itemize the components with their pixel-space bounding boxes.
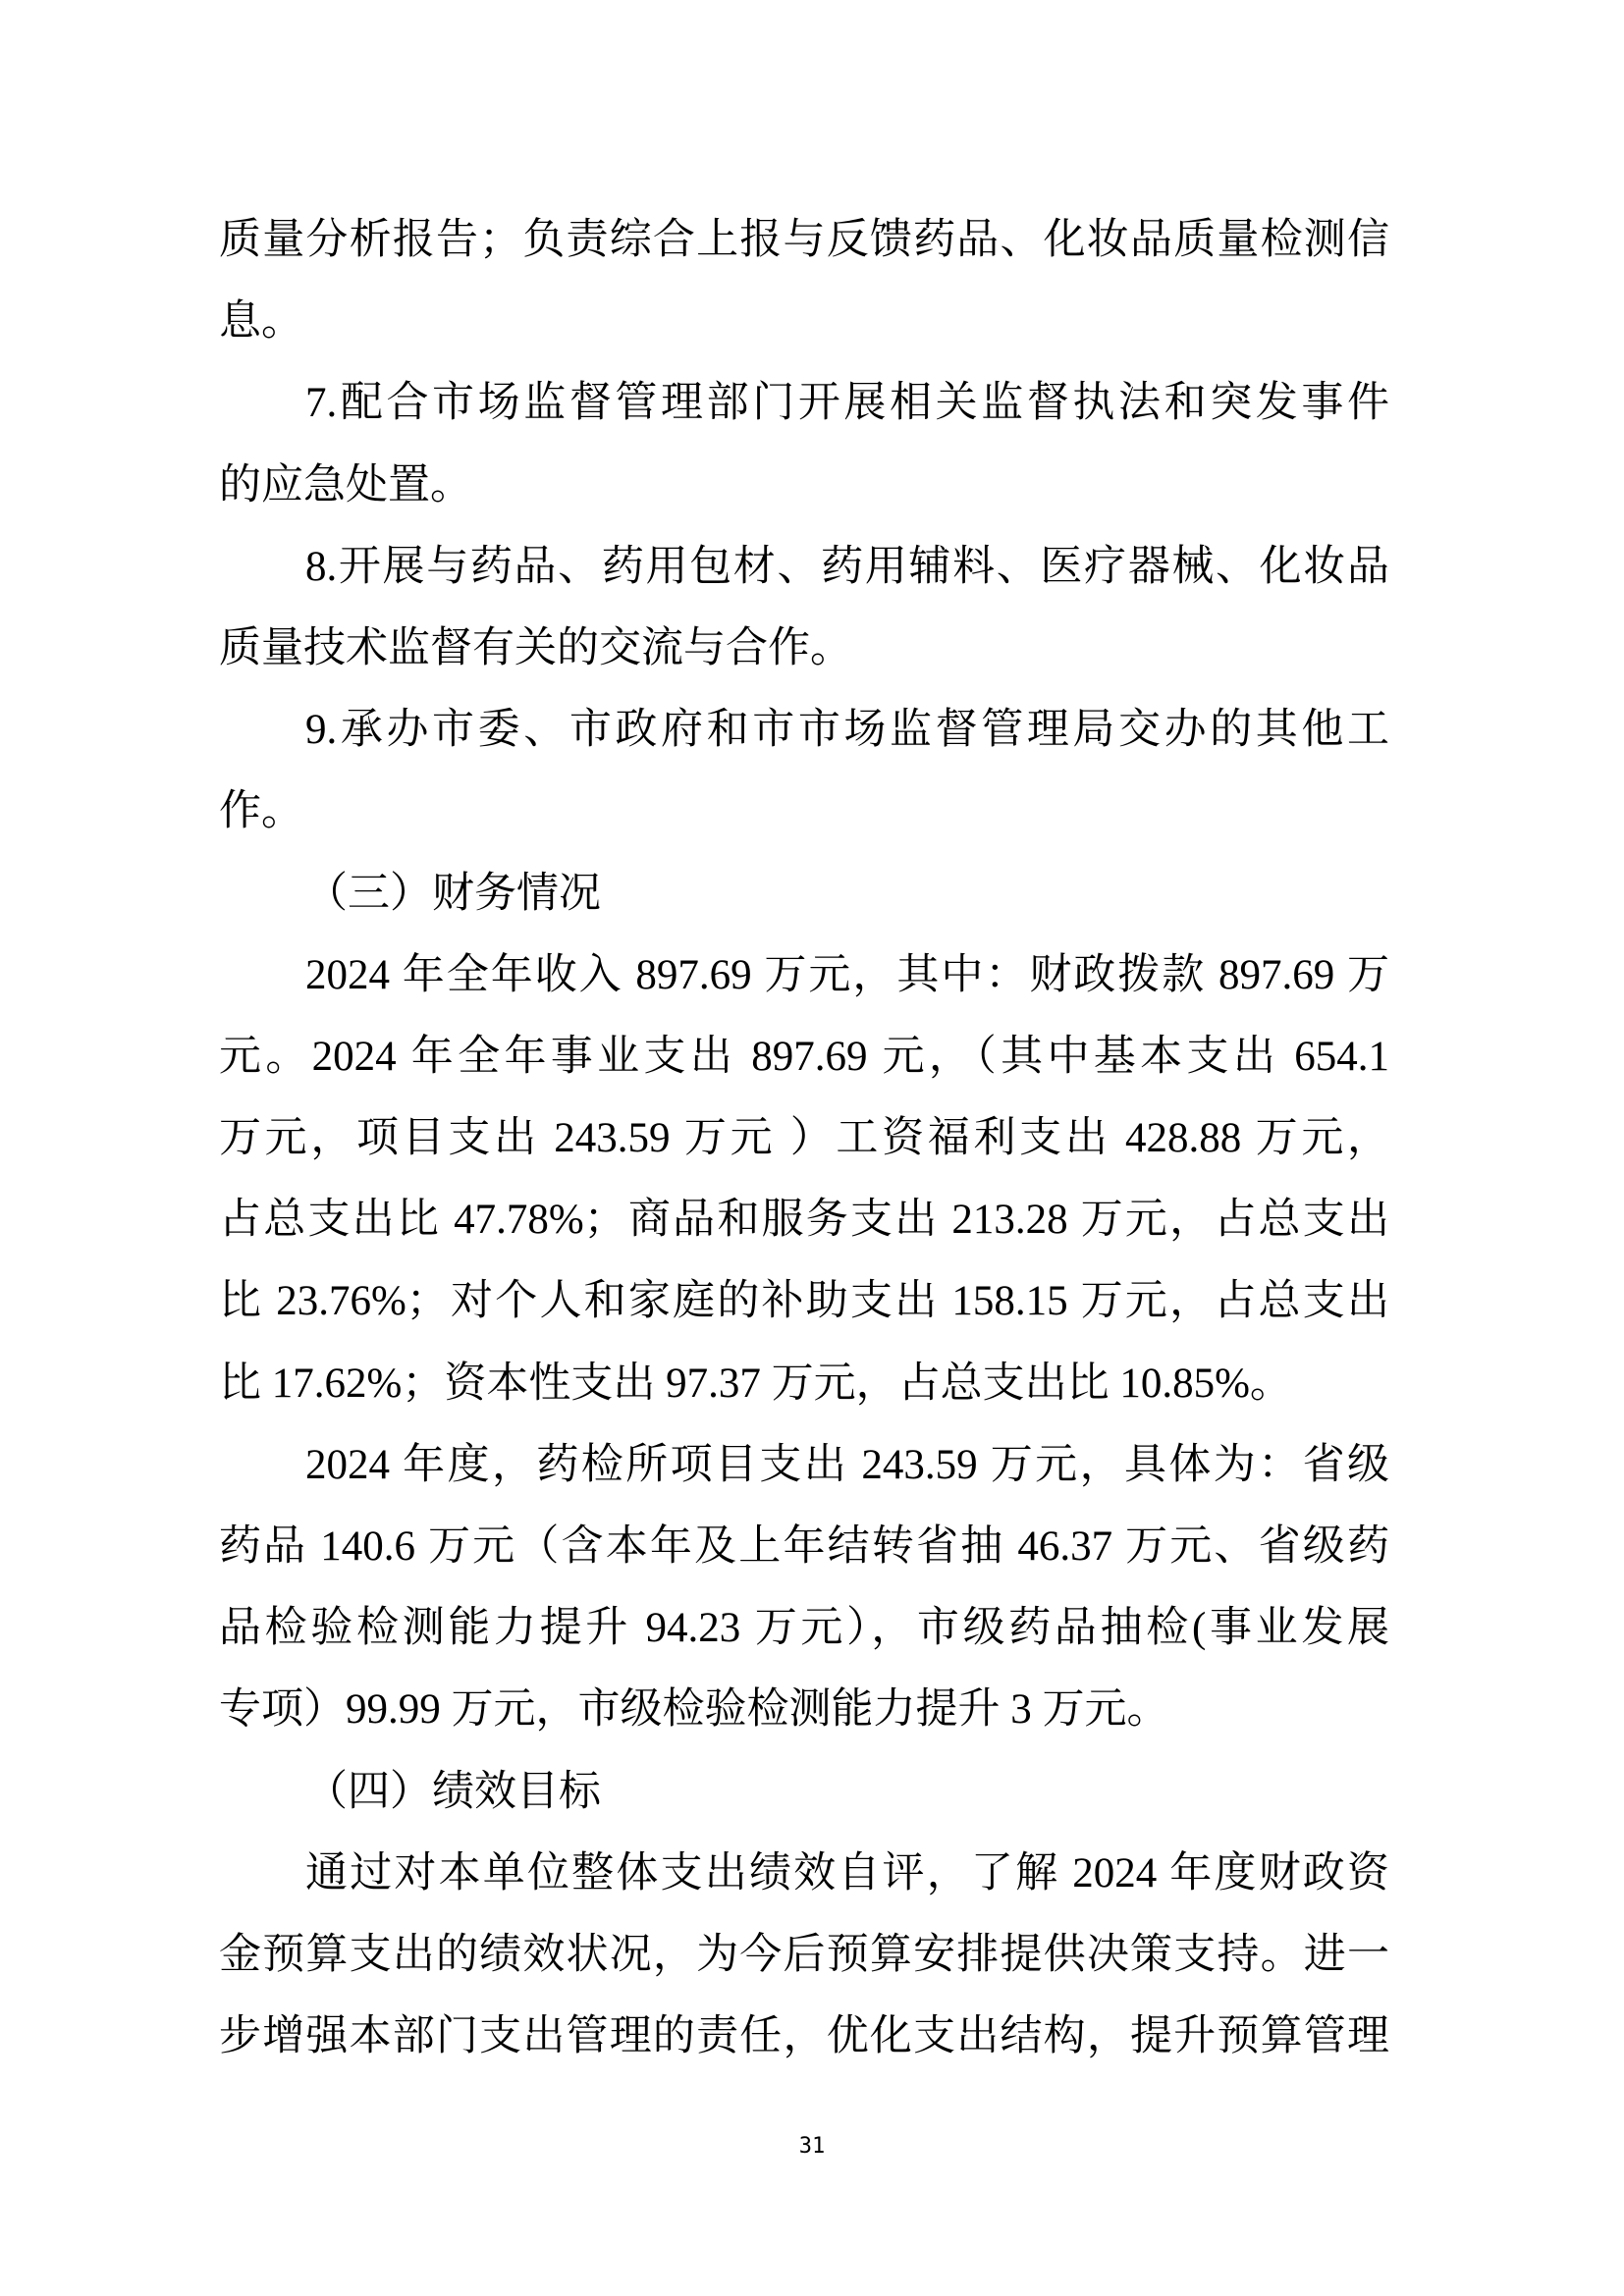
section-heading: （三）财务情况: [219, 853, 1389, 934]
text-line: 的应急处置。: [219, 445, 1389, 526]
document-body: 质量分析报告；负责综合上报与反馈药品、化妆品质量检测信息。7.配合市场监督管理部…: [219, 199, 1389, 2077]
text-line: 占总支出比 47.78%；商品和服务支出 213.28 万元，占总支出: [219, 1179, 1389, 1260]
text-line: 2024 年全年收入 897.69 万元，其中：财政拨款 897.69 万: [219, 934, 1389, 1016]
text-line: 8.开展与药品、药用包材、药用辅料、医疗器械、化妆品: [219, 526, 1389, 608]
document-page: 质量分析报告；负责综合上报与反馈药品、化妆品质量检测信息。7.配合市场监督管理部…: [0, 0, 1624, 2296]
text-line: 息。: [219, 281, 1389, 362]
text-line: 万元，项目支出 243.59 万元 ）工资福利支出 428.88 万元，: [219, 1097, 1389, 1179]
text-line: 比 23.76%；对个人和家庭的补助支出 158.15 万元，占总支出: [219, 1260, 1389, 1342]
page-number: 31: [0, 2134, 1624, 2160]
text-line: 比 17.62%；资本性支出 97.37 万元，占总支出比 10.85%。: [219, 1343, 1389, 1424]
section-heading: （四）绩效目标: [219, 1751, 1389, 1833]
text-line: 2024 年度，药检所项目支出 243.59 万元，具体为：省级: [219, 1424, 1389, 1506]
text-line: 元。2024 年全年事业支出 897.69 元，（其中基本支出 654.1: [219, 1016, 1389, 1097]
text-line: 专项）99.99 万元，市级检验检测能力提升 3 万元。: [219, 1669, 1389, 1750]
text-line: 品检验检测能力提升 94.23 万元），市级药品抽检(事业发展: [219, 1587, 1389, 1669]
text-line: 质量技术监督有关的交流与合作。: [219, 608, 1389, 689]
text-line: 9.承办市委、市政府和市市场监督管理局交办的其他工: [219, 689, 1389, 771]
text-line: 作。: [219, 771, 1389, 852]
text-line: 金预算支出的绩效状况，为今后预算安排提供决策支持。进一: [219, 1914, 1389, 1996]
text-line: 7.配合市场监督管理部门开展相关监督执法和突发事件: [219, 362, 1389, 444]
text-line: 通过对本单位整体支出绩效自评，了解 2024 年度财政资: [219, 1833, 1389, 1914]
text-line: 药品 140.6 万元（含本年及上年结转省抽 46.37 万元、省级药: [219, 1506, 1389, 1587]
text-line: 质量分析报告；负责综合上报与反馈药品、化妆品质量检测信: [219, 199, 1389, 281]
text-line: 步增强本部门支出管理的责任，优化支出结构，提升预算管理: [219, 1996, 1389, 2077]
